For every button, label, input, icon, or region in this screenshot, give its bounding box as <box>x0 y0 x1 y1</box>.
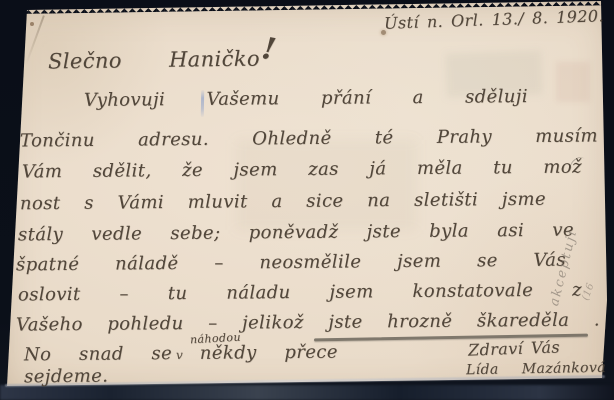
body-line: Vyhovuji Vašemu přání a sděluji <box>84 86 528 111</box>
insertion-caret: v <box>176 348 183 362</box>
background-table-surface <box>0 385 614 400</box>
ink-spot <box>30 22 34 26</box>
underlined-phrase: hrozně škareděla <box>387 310 569 333</box>
body-line: nost s Vámi mluvit a sice na sletišti js… <box>20 189 546 215</box>
signature: Lída Mazánková <box>466 360 606 379</box>
salutation: Slečno Haničko <box>48 47 260 75</box>
inserted-word: náhodou <box>190 331 242 347</box>
closing-phrase: Zdraví Vás <box>468 337 561 359</box>
ink-bleedthrough-patch <box>556 62 590 102</box>
postcard-photo: Ústí n. Orl. 13./ 8. 1920. Slečno Haničk… <box>0 0 614 400</box>
line-segment: . <box>569 309 600 330</box>
ink-bleedthrough-patch <box>236 140 416 230</box>
